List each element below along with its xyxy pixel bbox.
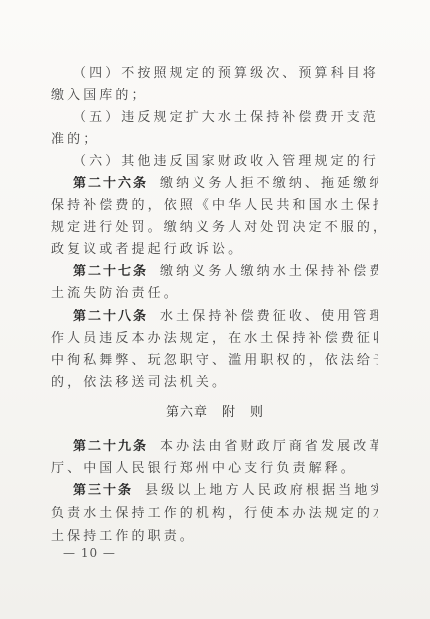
- article-28-line-4: 的，依法移送司法机关。: [51, 375, 378, 391]
- article-26-text-1: 缴纳义务人拒不缴纳、拖延缴纳或者拖欠水土: [160, 176, 378, 191]
- article-27-label: 第二十七条: [73, 264, 148, 279]
- article-30-line-3: 土保持工作的职责。: [51, 529, 378, 545]
- article-28-text-1: 水土保持补偿费征收、使用管理有关部门的工: [160, 309, 378, 324]
- article-26-line-2: 保持补偿费的，依照《中华人民共和国水土保持法》第五十七条: [51, 198, 378, 214]
- article-30-line-2: 负责水土保持工作的机构，行使本办法规定的水行政主管部门水: [51, 506, 378, 522]
- article-29-text-1: 本办法由省财政厅商省发展改革委、省水利: [160, 439, 378, 454]
- article-26-line-4: 政复议或者提起行政诉讼。: [51, 242, 378, 258]
- article-27-line-2: 土流失防治责任。: [51, 286, 378, 302]
- article-27-line-1: 第二十七条缴纳义务人缴纳水土保持补偿费，不免除其水: [73, 264, 378, 280]
- article-28-line-1: 第二十八条水土保持补偿费征收、使用管理有关部门的工: [73, 309, 378, 325]
- article-29-line-1: 第二十九条本办法由省财政厅商省发展改革委、省水利: [73, 439, 378, 455]
- article-26-line-3: 规定进行处罚。缴纳义务人对处罚决定不服的，可以依法申请行: [51, 220, 378, 236]
- item-5-line-1: （五）违反规定扩大水土保持补偿费开支范围、提高开支标: [73, 110, 378, 126]
- chapter-number: 第六章: [166, 405, 208, 420]
- item-5-line-2: 准的；: [51, 132, 378, 148]
- document-page: （四）不按照规定的预算级次、预算科目将水土保持补偿费 缴入国库的； （五）违反规…: [0, 0, 430, 619]
- item-6-line-1: （六）其他违反国家财政收入管理规定的行为。: [73, 154, 378, 170]
- article-28-line-3: 中徇私舞弊、玩忽职守、滥用职权的，依法给予处分；涉嫌犯罪: [51, 353, 378, 369]
- article-26-line-1: 第二十六条缴纳义务人拒不缴纳、拖延缴纳或者拖欠水土: [73, 176, 378, 192]
- article-26-label: 第二十六条: [73, 176, 148, 191]
- item-4-line-1: （四）不按照规定的预算级次、预算科目将水土保持补偿费: [73, 66, 378, 82]
- article-30-line-1: 第三十条县级以上地方人民政府根据当地实际情况确定的: [73, 483, 378, 499]
- article-30-label: 第三十条: [73, 483, 133, 498]
- article-30-text-1: 县级以上地方人民政府根据当地实际情况确定的: [145, 483, 378, 498]
- item-4-line-2: 缴入国库的；: [51, 88, 378, 104]
- article-28-line-2: 作人员违反本办法规定，在水土保持补偿费征收和使用管理工作: [51, 331, 378, 347]
- chapter-heading: 第六章附则: [0, 405, 430, 421]
- chapter-title-2: 则: [250, 405, 264, 420]
- page-number: — 10 —: [63, 545, 116, 561]
- article-29-label: 第二十九条: [73, 439, 148, 454]
- article-27-text-1: 缴纳义务人缴纳水土保持补偿费，不免除其水: [160, 264, 378, 279]
- article-29-line-2: 厅、中国人民银行郑州中心支行负责解释。: [51, 461, 378, 477]
- article-28-label: 第二十八条: [73, 309, 148, 324]
- chapter-title-1: 附: [222, 405, 236, 420]
